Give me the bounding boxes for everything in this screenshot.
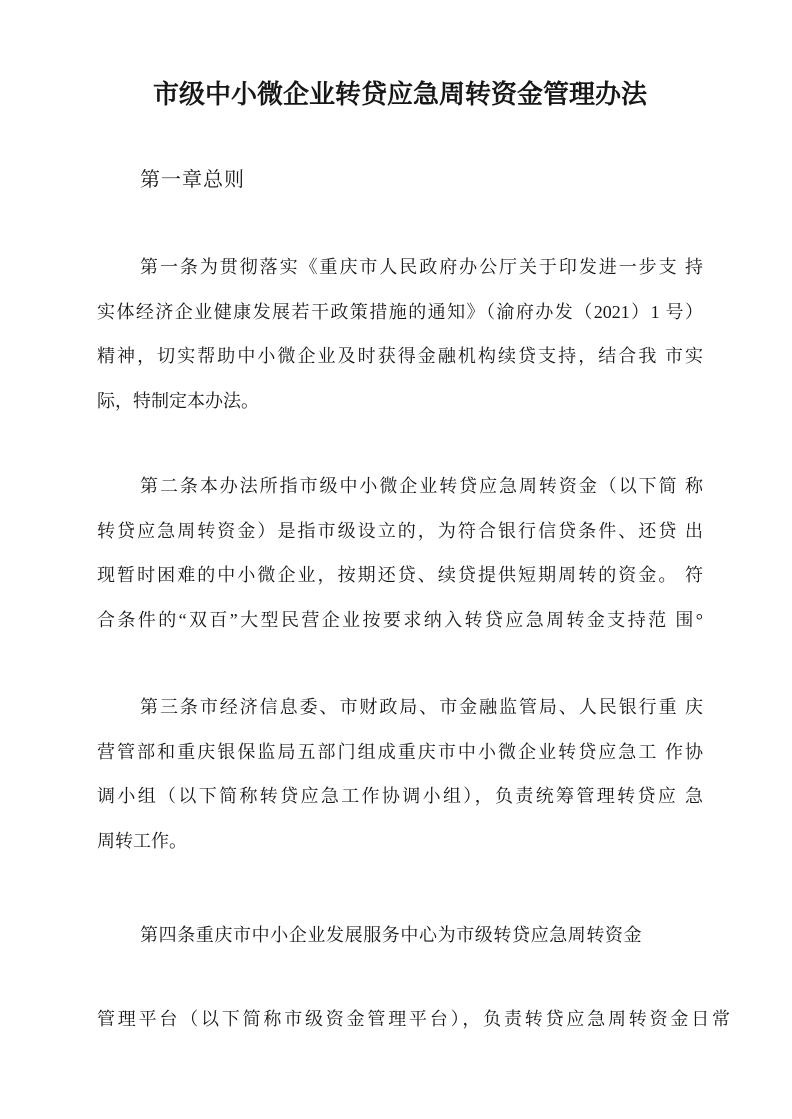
text-line: 转贷应急周转资金）是指市级设立的，为符合银行信贷条件、还贷 出	[97, 509, 703, 554]
text-line: 管理平台（以下简称市级资金管理平台），负责转贷应急周转资金日常	[97, 977, 703, 1061]
text-line: 第三条市经济信息委、市财政局、市金融监管局、人民银行重 庆	[97, 685, 703, 730]
text-line: 际，特制定本办法。	[97, 379, 703, 424]
document-title: 市级中小微企业转贷应急周转资金管理办法	[97, 72, 703, 117]
text-line: 营管部和重庆银保监局五部门组成重庆市中小微企业转贷应急工 作协	[97, 730, 703, 775]
text-line: 第四条重庆市中小企业发展服务中心为市级转贷应急周转资金	[97, 893, 703, 977]
paragraph-article-4: 第四条重庆市中小企业发展服务中心为市级转贷应急周转资金 管理平台（以下简称市级资…	[97, 893, 703, 1061]
paragraph-article-3: 第三条市经济信息委、市财政局、市金融监管局、人民银行重 庆 营管部和重庆银保监局…	[97, 685, 703, 863]
text-line: 周转工作。	[97, 819, 703, 864]
paragraph-article-1: 第一条为贯彻落实《重庆市人民政府办公厅关于印发进一步支 持 实体经济企业健康发展…	[97, 245, 703, 423]
text-line: 合条件的“双百”大型民营企业按要求纳入转贷应急周转金支持范 围°	[97, 598, 703, 643]
paragraph-article-2: 第二条本办法所指市级中小微企业转贷应急周转资金（以下简 称 转贷应急周转资金）是…	[97, 464, 703, 642]
text-line: 第二条本办法所指市级中小微企业转贷应急周转资金（以下简 称	[97, 464, 703, 509]
chapter-heading: 第一章总则	[97, 158, 703, 203]
text-line: 调小组（以下简称转贷应急工作协调小组），负责统筹管理转贷应 急	[97, 774, 703, 819]
text-line: 实体经济企业健康发展若干政策措施的通知》（渝府办发（2021）1 号）	[97, 290, 703, 335]
text-line: 精神，切实帮助中小微企业及时获得金融机构续贷支持，结合我 市实	[97, 334, 703, 379]
text-line: 现暂时困难的中小微企业，按期还贷、续贷提供短期周转的资金。 符	[97, 553, 703, 598]
document-content: 市级中小微企业转贷应急周转资金管理办法 第一章总则 第一条为贯彻落实《重庆市人民…	[0, 72, 792, 1061]
text-line: 第一条为贯彻落实《重庆市人民政府办公厅关于印发进一步支 持	[97, 245, 703, 290]
document-page: 市级中小微企业转贷应急周转资金管理办法 第一章总则 第一条为贯彻落实《重庆市人民…	[0, 0, 792, 1119]
